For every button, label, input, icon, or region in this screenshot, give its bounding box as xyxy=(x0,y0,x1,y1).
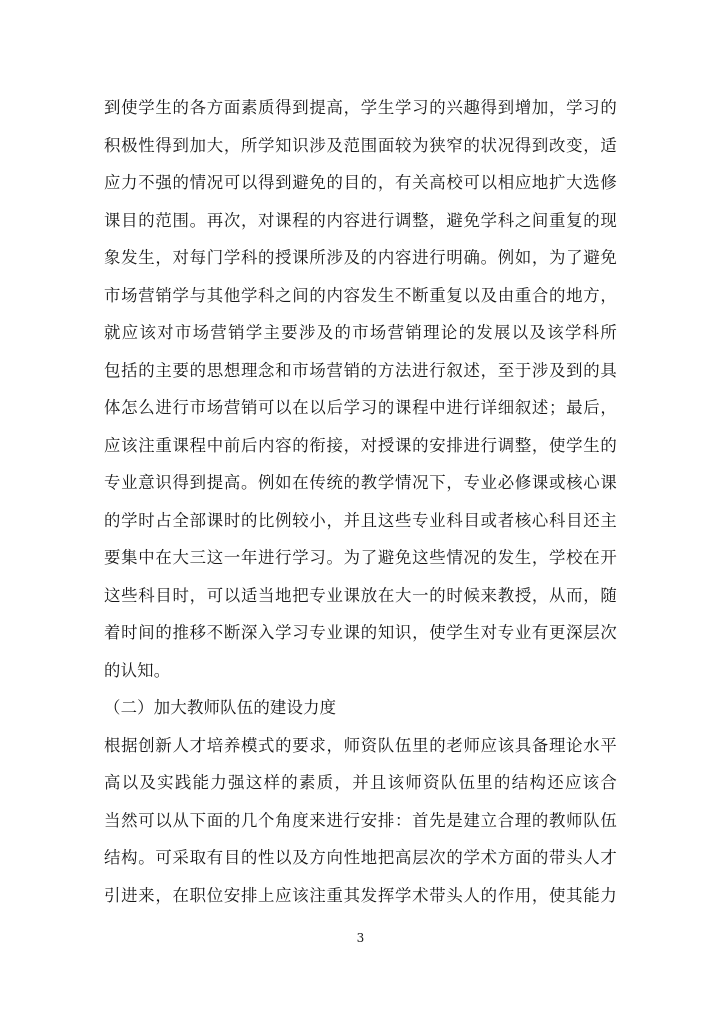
body-text-line: 市场营销学与其他学科之间的内容发生不断重复以及由重合的地方， xyxy=(104,277,617,315)
body-text-line: 包括的主要的思想理念和市场营销的方法进行叙述，至于涉及到的具 xyxy=(104,352,617,390)
body-text-line: 要集中在大三这一年进行学习。为了避免这些情况的发生，学校在开 xyxy=(104,539,617,577)
page-number: 3 xyxy=(0,929,721,947)
body-text-line: 引进来，在职位安排上应该注重其发挥学术带头人的作用，使其能力 xyxy=(104,877,617,915)
body-text-line: 课目的范围。再次，对课程的内容进行调整，避免学科之间重复的现 xyxy=(104,202,617,240)
body-text-line: 着时间的推移不断深入学习专业课的知识，使学生对专业有更深层次 xyxy=(104,614,617,652)
body-text-line: 的学时占全部课时的比例较小，并且这些专业科目或者核心科目还主 xyxy=(104,502,617,540)
body-text-line: 的认知。 xyxy=(104,652,617,690)
body-text-line: 应该注重课程中前后内容的衔接，对授课的安排进行调整，使学生的 xyxy=(104,427,617,465)
body-text-line: 专业意识得到提高。例如在传统的教学情况下，专业必修课或核心课 xyxy=(104,464,617,502)
body-text-line: 应力不强的情况可以得到避免的目的，有关高校可以相应地扩大选修 xyxy=(104,164,617,202)
document-page: 到使学生的各方面素质得到提高，学生学习的兴趣得到增加，学习的积极性得到加大，所学… xyxy=(0,0,721,1020)
body-text-line: 当然可以从下面的几个角度来进行安排：首先是建立合理的教师队伍 xyxy=(104,802,617,840)
body-text-line: 高以及实践能力强这样的素质，并且该师资队伍里的结构还应该合理。 xyxy=(104,764,617,802)
body-text-line: 结构。可采取有目的性以及方向性地把高层次的学术方面的带头人才 xyxy=(104,839,617,877)
body-text-line: 体怎么进行市场营销可以在以后学习的课程中进行详细叙述；最后， xyxy=(104,389,617,427)
section-heading: （二）加大教师队伍的建设力度 xyxy=(104,689,617,727)
body-text-line: 到使学生的各方面素质得到提高，学生学习的兴趣得到增加，学习的 xyxy=(104,89,617,127)
body-text-line: 这些科目时，可以适当地把专业课放在大一的时候来教授，从而，随 xyxy=(104,577,617,615)
body-text-line: 根据创新人才培养模式的要求，师资队伍里的老师应该具备理论水平 xyxy=(104,727,617,765)
body-text-line: 象发生，对每门学科的授课所涉及的内容进行明确。例如，为了避免 xyxy=(104,239,617,277)
body-text-line: 就应该对市场营销学主要涉及的市场营销理论的发展以及该学科所 xyxy=(104,314,617,352)
body-text-line: 积极性得到加大，所学知识涉及范围面较为狭窄的状况得到改变，适 xyxy=(104,127,617,165)
text-block: 到使学生的各方面素质得到提高，学生学习的兴趣得到增加，学习的积极性得到加大，所学… xyxy=(104,89,617,914)
